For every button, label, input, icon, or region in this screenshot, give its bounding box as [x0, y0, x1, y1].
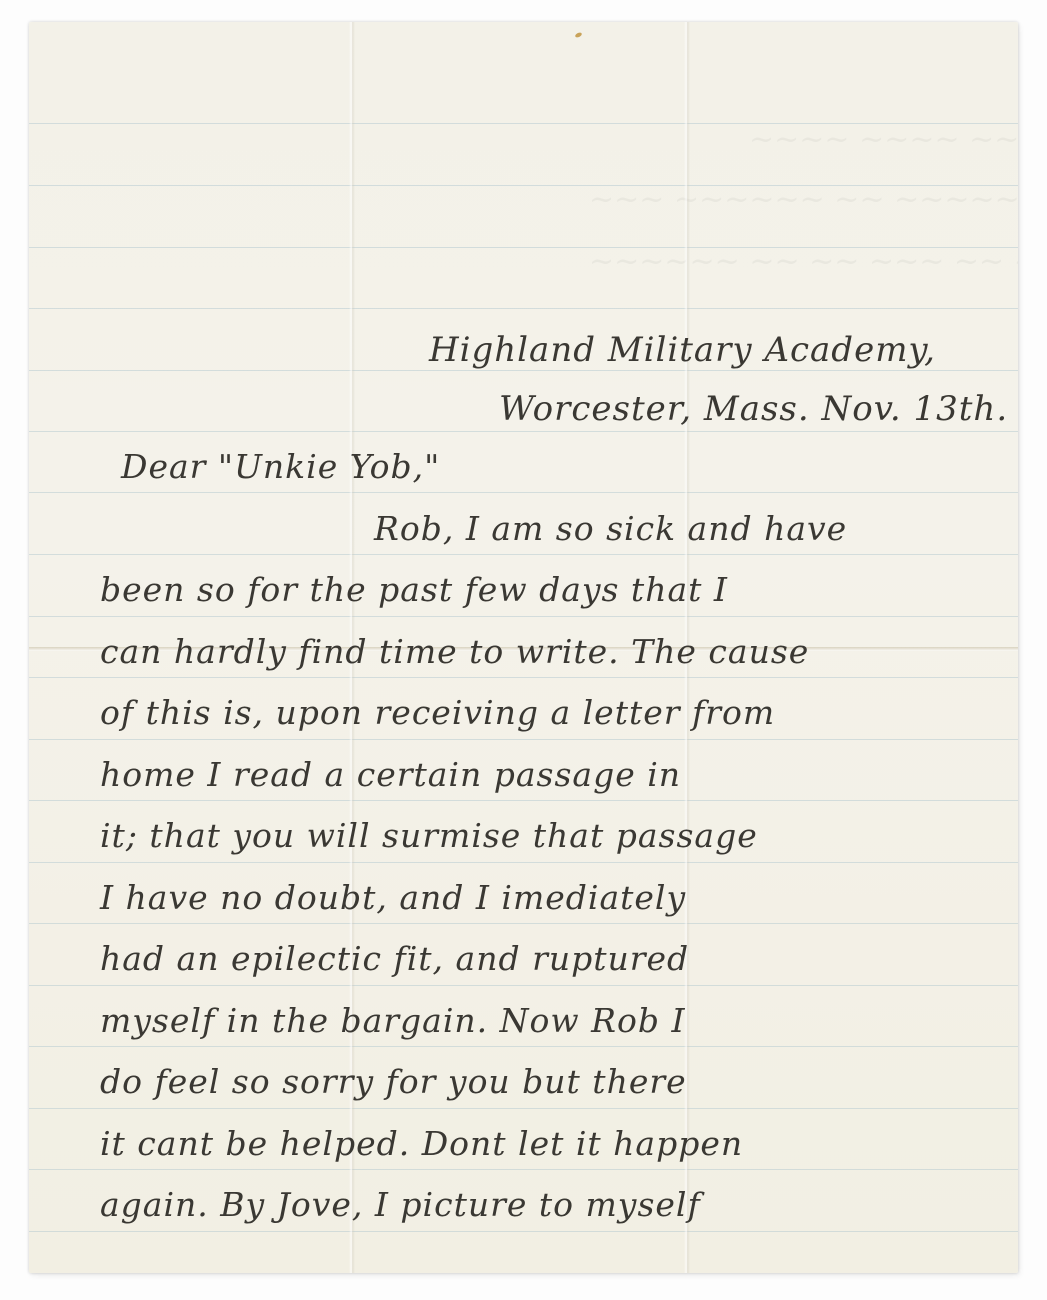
ruled-line [29, 1108, 1018, 1109]
ruled-line [29, 739, 1018, 740]
paper-stain [574, 32, 582, 39]
body-line: can hardly find time to write. The cause [100, 632, 809, 671]
body-line: it cant be helped. Dont let it happen [100, 1124, 743, 1163]
ruled-line [29, 308, 1018, 309]
ruled-line [29, 370, 1018, 371]
ruled-line [29, 1231, 1018, 1232]
ruled-line [29, 616, 1018, 617]
salutation: Dear "Unkie Yob," [121, 447, 440, 486]
ruled-line [29, 923, 1018, 924]
ruled-line [29, 985, 1018, 986]
body-line: home I read a certain passage in [100, 755, 681, 794]
body-line: do feel so sorry for you but there [100, 1062, 687, 1101]
body-line: Rob, I am so sick and have [374, 509, 847, 548]
letter-heading-place: Highland Military Academy, [429, 330, 936, 370]
ruled-line [29, 1169, 1018, 1170]
letter-page: ~~~~ ~~~~ ~~ ~~~~ ~~~~ ~~~ ~~~~~~ ~~ ~~~… [29, 22, 1018, 1273]
letter-heading-date: Worcester, Mass. Nov. 13th. 77 [499, 389, 1018, 429]
ruled-line [29, 431, 1018, 432]
bleed-through: ~~~~~~ ~~ ~~ ~~~ ~~ ~~~ [589, 244, 1018, 279]
body-line: again. By Jove, I picture to myself [100, 1185, 701, 1224]
body-line: it; that you will surmise that passage [100, 816, 758, 855]
body-line: of this is, upon receiving a letter from [100, 693, 775, 732]
ruled-line [29, 492, 1018, 493]
bleed-through: ~~~~ ~~~~ ~~ ~~~~ ~~~~ [749, 122, 1018, 157]
body-line: I have no doubt, and I imediately [100, 878, 686, 917]
ruled-line [29, 800, 1018, 801]
body-line: been so for the past few days that I [100, 570, 728, 609]
ruled-line [29, 554, 1018, 555]
body-line: had an epilectic fit, and ruptured [100, 939, 689, 978]
ruled-line [29, 677, 1018, 678]
ruled-line [29, 1046, 1018, 1047]
body-line: myself in the bargain. Now Rob I [100, 1001, 686, 1040]
bleed-through: ~~~ ~~~~~~ ~~ ~~~~~~~ [589, 182, 1018, 217]
ruled-line [29, 862, 1018, 863]
